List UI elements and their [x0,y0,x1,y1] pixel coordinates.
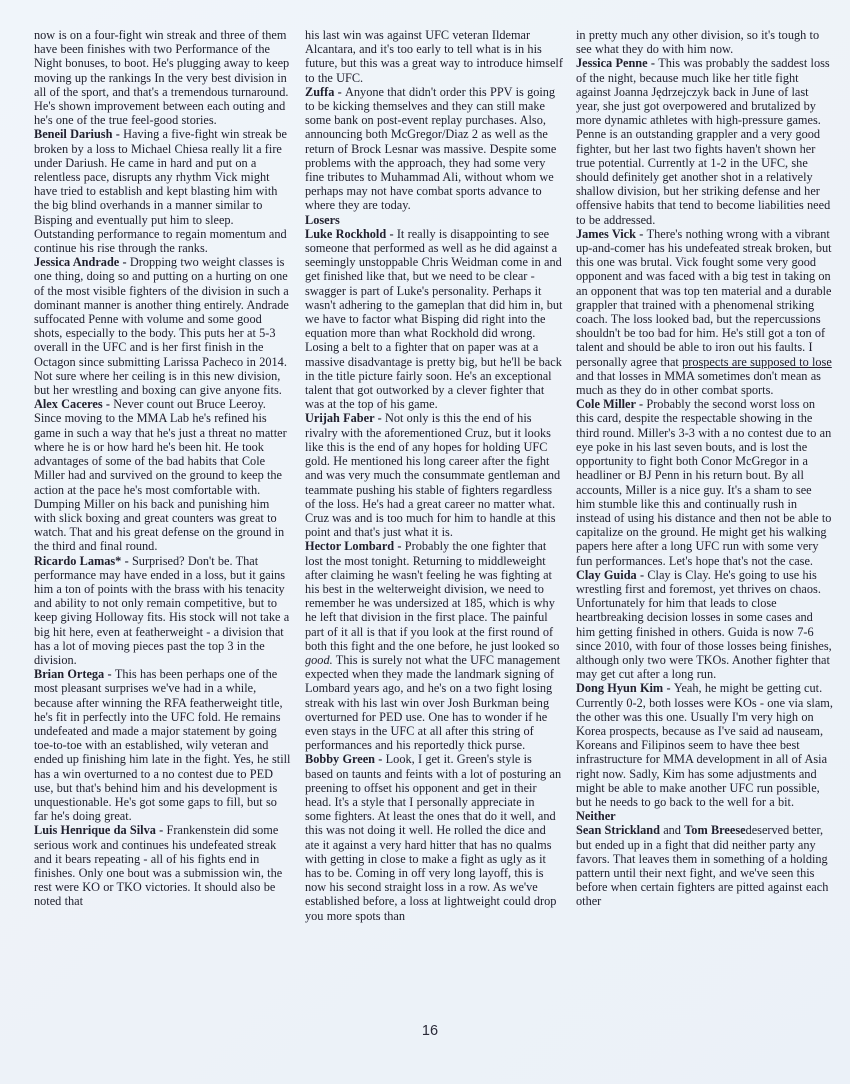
bold-run: Losers [305,213,340,227]
text-run: and that losses in MMA sometimes don't m… [576,369,821,397]
bold-run: Cole Miller - [576,397,646,411]
paragraph: Luis Henrique da Silva - Frankenstein di… [34,823,292,908]
page-number: 16 [0,1023,850,1039]
paragraph: Ricardo Lamas* - Surprised? Don't be. Th… [34,554,292,668]
paragraph: Jessica Andrade - Dropping two weight cl… [34,255,292,397]
underlined-run: prospects are supposed to lose [682,355,832,369]
paragraph: Hector Lombard - Probably the one fighte… [305,539,563,752]
paragraph: now is on a four-fight win streak and th… [34,28,292,127]
text-run: and [660,823,684,837]
text-run: Probably the second worst loss on this c… [576,397,831,567]
bold-run: James Vick - [576,227,647,241]
paragraph: Brian Ortega - This has been perhaps one… [34,667,292,823]
paragraph: Urijah Faber - Not only is this the end … [305,411,563,539]
text-run: Yeah, he might be getting cut. Currently… [576,681,833,809]
paragraph: Losers [305,213,563,227]
bold-run: Luis Henrique da Silva - [34,823,167,837]
paragraph: Beneil Dariush - Having a five-fight win… [34,127,292,255]
paragraph: Alex Caceres - Never count out Bruce Lee… [34,397,292,553]
paragraph: Cole Miller - Probably the second worst … [576,397,834,567]
bold-run: Dong Hyun Kim - [576,681,674,695]
paragraph: James Vick - There's nothing wrong with … [576,227,834,397]
bold-run: Alex Caceres - [34,397,113,411]
bold-run: Neither [576,809,616,823]
paragraph: Dong Hyun Kim - Yeah, he might be gettin… [576,681,834,809]
bold-run: Clay Guida - [576,568,647,582]
text-columns: now is on a four-fight win streak and th… [34,28,837,923]
bold-run: Luke Rockhold - [305,227,397,241]
text-run: This is surely not what the UFC manageme… [305,653,560,752]
text-run: in pretty much any other division, so it… [576,28,819,56]
text-column-2: his last win was against UFC veteran Ild… [305,28,563,923]
text-run: Surprised? Don't be. That performance ma… [34,554,289,667]
paragraph: Clay Guida - Clay is Clay. He's going to… [576,568,834,682]
bold-run: Tom Breese [684,823,745,837]
paragraph: Jessica Penne - This was probably the sa… [576,56,834,226]
text-run: This has been perhaps one of the most pl… [34,667,290,823]
text-run: Look, I get it. Green's style is based o… [305,752,561,922]
bold-run: Bobby Green - [305,752,386,766]
text-column-3: in pretty much any other division, so it… [576,28,834,923]
document-page: now is on a four-fight win streak and th… [0,0,850,1084]
text-run: It really is disappointing to see someon… [305,227,562,411]
paragraph: Zuffa - Anyone that didn't order this PP… [305,85,563,213]
bold-run: Jessica Andrade - [34,255,130,269]
text-run: his last win was against UFC veteran Ild… [305,28,563,85]
text-run: This was probably the saddest loss of th… [576,56,830,226]
bold-run: Brian Ortega - [34,667,115,681]
text-column-1: now is on a four-fight win streak and th… [34,28,292,923]
bold-run: Jessica Penne - [576,56,658,70]
bold-run: Urijah Faber - [305,411,385,425]
paragraph: Sean Strickland and Tom Breesedeserved b… [576,823,834,908]
paragraph: in pretty much any other division, so it… [576,28,834,56]
text-run: Anyone that didn't order this PPV is goi… [305,85,556,213]
bold-run: Hector Lombard - [305,539,405,553]
bold-run: Ricardo Lamas* - [34,554,132,568]
text-run: Having a five-fight win streak be broken… [34,127,287,255]
text-run: Probably the one fighter that lost the m… [305,539,559,652]
text-run: Not only is this the end of his rivalry … [305,411,560,539]
bold-run: Sean Strickland [576,823,660,837]
paragraph: Bobby Green - Look, I get it. Green's st… [305,752,563,922]
text-run: Clay is Clay. He's going to use his wres… [576,568,832,681]
text-run: There's nothing wrong with a vibrant up-… [576,227,832,369]
bold-run: Zuffa - [305,85,345,99]
paragraph: Neither [576,809,834,823]
paragraph: his last win was against UFC veteran Ild… [305,28,563,85]
text-run: Never count out Bruce Leeroy. Since movi… [34,397,287,553]
italic-run: good. [305,653,333,667]
text-run: Dropping two weight classes is one thing… [34,255,289,397]
text-run: now is on a four-fight win streak and th… [34,28,289,127]
bold-run: Beneil Dariush - [34,127,123,141]
paragraph: Luke Rockhold - It really is disappointi… [305,227,563,412]
